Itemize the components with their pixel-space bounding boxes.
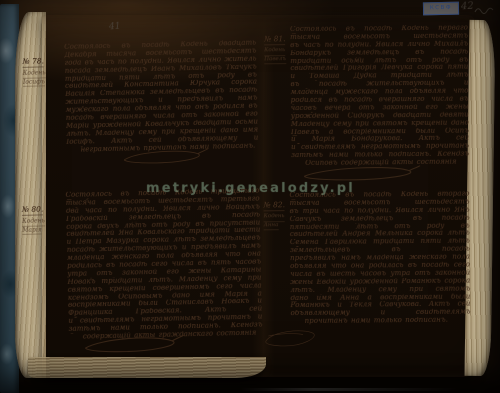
pencil-squiggle-mark [474,4,494,16]
archive-stamp: КСВФ [423,2,459,16]
register-entry-78: № 78.КоденьІосифъ Состоялось въ посадѣ К… [0,0,499,1]
pencil-folio-number-right: 42 [461,2,474,13]
register-entry-80: № 80.КоденьМарія Состоялось въ посадѣ Ко… [0,0,499,1]
open-double-page [42,15,476,377]
right-page-edge-stack [465,20,496,376]
table-edge-highlight [240,388,460,391]
bottom-page-edge-stack [28,357,266,378]
pencil-folio-number-left: 41 [109,22,121,33]
manuscript-book-photo: № 78.КоденьІосифъ Состоялось въ посадѣ К… [0,0,500,393]
